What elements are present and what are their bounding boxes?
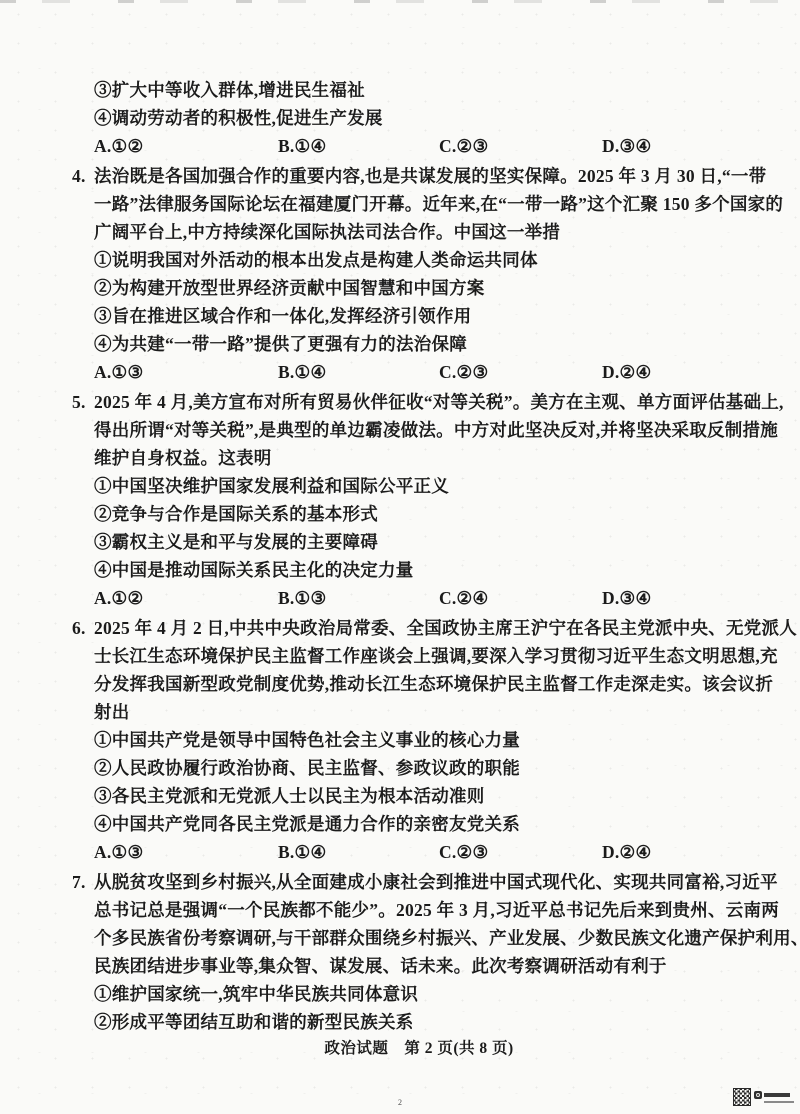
stem-line: 6.2025 年 4 月 2 日,中共中央政治局常委、全国政协主席王沪宁在各民主… — [72, 614, 744, 642]
stem-line: 民族团结进步事业等,集众智、谋发展、话未来。此次考察调研活动有利于 — [94, 952, 744, 980]
statement-line: ④中国共产党同各民主党派是通力合作的亲密友党关系 — [94, 810, 744, 838]
statement-line: ③各民主党派和无党派人士以民主为根本活动准则 — [94, 782, 744, 810]
option-d: D.②④ — [602, 358, 744, 386]
option-c: C.②③ — [439, 132, 602, 160]
question-7-partial: 7.从脱贫攻坚到乡村振兴,从全面建成小康社会到推进中国式现代化、实现共同富裕,习… — [94, 868, 744, 1036]
statement-line: ②竞争与合作是国际关系的基本形式 — [94, 500, 744, 528]
statement-line: ①说明我国对外活动的根本出发点是构建人类命运共同体 — [94, 246, 744, 274]
watermark-label — [754, 1091, 794, 1104]
options-row: A.①② B.①③ C.②④ D.③④ — [94, 584, 744, 612]
statement-line: ③旨在推进区域合作和一体化,发挥经济引领作用 — [94, 302, 744, 330]
publisher-logo-icon — [754, 1091, 762, 1099]
option-b: B.①④ — [278, 132, 439, 160]
stem-line: 个多民族省份考察调研,与干部群众围绕乡村振兴、产业发展、少数民族文化遗产保护利用… — [94, 924, 744, 952]
statement-line: ①中国坚决维护国家发展利益和国际公平正义 — [94, 472, 744, 500]
options-row: A.①③ B.①④ C.②③ D.②④ — [94, 358, 744, 386]
question-number: 4. — [72, 162, 94, 190]
page-footer: 政治试题 第 2 页(共 8 页) — [94, 1038, 744, 1060]
exam-page-content: ③扩大中等收入群体,增进民生福祉 ④调动劳动者的积极性,促进生产发展 A.①② … — [0, 0, 800, 1060]
statement-line: ④中国是推动国际关系民主化的决定力量 — [94, 556, 744, 584]
options-row: A.①③ B.①④ C.②③ D.②④ — [94, 838, 744, 866]
stem-line: 总书记总是强调“一个民族都不能少”。2025 年 3 月,习近平总书记先后来到贵… — [94, 896, 744, 924]
publisher-watermark — [733, 1088, 794, 1106]
stem-line: 士长江生态环境保护民主监督工作座谈会上强调,要深入学习贯彻习近平生态文明思想,充 — [94, 642, 744, 670]
options-row: A.①② B.①④ C.②③ D.③④ — [94, 132, 744, 160]
option-c: C.②③ — [439, 838, 602, 866]
statement-line: ①中国共产党是领导中国特色社会主义事业的核心力量 — [94, 726, 744, 754]
stem-text: 2025 年 4 月 2 日,中共中央政治局常委、全国政协主席王沪宁在各民主党派… — [94, 618, 797, 638]
option-c: C.②③ — [439, 358, 602, 386]
statement-line: ③霸权主义是和平与发展的主要障碍 — [94, 528, 744, 556]
option-d: D.②④ — [602, 838, 744, 866]
statement-line: ②形成平等团结互助和谐的新型民族关系 — [94, 1008, 744, 1036]
question-number: 7. — [72, 868, 94, 896]
option-d: D.③④ — [602, 584, 744, 612]
stem-line: 7.从脱贫攻坚到乡村振兴,从全面建成小康社会到推进中国式现代化、实现共同富裕,习… — [72, 868, 744, 896]
option-a: A.①③ — [94, 358, 278, 386]
statement-line: ①维护国家统一,筑牢中华民族共同体意识 — [94, 980, 744, 1008]
question-5: 5.2025 年 4 月,美方宣布对所有贸易伙伴征收“对等关税”。美方在主观、单… — [94, 388, 744, 612]
option-b: B.①③ — [278, 584, 439, 612]
watermark-text-bar — [764, 1093, 790, 1097]
stem-line: 广阔平台上,中方持续深化国际执法司法合作。中国这一举措 — [94, 218, 744, 246]
option-a: A.①③ — [94, 838, 278, 866]
stem-text: 从脱贫攻坚到乡村振兴,从全面建成小康社会到推进中国式现代化、实现共同富裕,习近平 — [94, 872, 778, 892]
statement-line: ③扩大中等收入群体,增进民生福祉 — [94, 76, 744, 104]
stem-line: 得出所谓“对等关税”,是典型的单边霸凌做法。中方对此坚决反对,并将坚决采取反制措… — [94, 416, 744, 444]
statement-line: ④为共建“一带一路”提供了更强有力的法治保障 — [94, 330, 744, 358]
option-b: B.①④ — [278, 838, 439, 866]
option-c: C.②④ — [439, 584, 602, 612]
question-4: 4.法治既是各国加强合作的重要内容,也是共谋发展的坚实保障。2025 年 3 月… — [94, 162, 744, 386]
sheet-number: 2 — [398, 1098, 402, 1107]
stem-text: 2025 年 4 月,美方宣布对所有贸易伙伴征收“对等关税”。美方在主观、单方面… — [94, 392, 784, 412]
stem-line: 维护自身权益。这表明 — [94, 444, 744, 472]
statement-line: ②人民政协履行政治协商、民主监督、参政议政的职能 — [94, 754, 744, 782]
statement-line: ②为构建开放型世界经济贡献中国智慧和中国方案 — [94, 274, 744, 302]
stem-text: 法治既是各国加强合作的重要内容,也是共谋发展的坚实保障。2025 年 3 月 3… — [94, 166, 766, 186]
option-d: D.③④ — [602, 132, 744, 160]
question-3-partial: ③扩大中等收入群体,增进民生福祉 ④调动劳动者的积极性,促进生产发展 A.①② … — [94, 76, 744, 160]
question-6: 6.2025 年 4 月 2 日,中共中央政治局常委、全国政协主席王沪宁在各民主… — [94, 614, 744, 866]
stem-line: 4.法治既是各国加强合作的重要内容,也是共谋发展的坚实保障。2025 年 3 月… — [72, 162, 744, 190]
option-b: B.①④ — [278, 358, 439, 386]
option-a: A.①② — [94, 584, 278, 612]
stem-line: 一路”法律服务国际论坛在福建厦门开幕。近年来,在“一带一路”这个汇聚 150 多… — [94, 190, 744, 218]
statement-line: ④调动劳动者的积极性,促进生产发展 — [94, 104, 744, 132]
stem-line: 5.2025 年 4 月,美方宣布对所有贸易伙伴征收“对等关税”。美方在主观、单… — [72, 388, 744, 416]
option-a: A.①② — [94, 132, 278, 160]
qr-code-icon — [733, 1088, 751, 1106]
watermark-subtext-bar — [764, 1101, 794, 1104]
question-number: 5. — [72, 388, 94, 416]
question-number: 6. — [72, 614, 94, 642]
stem-line: 分发挥我国新型政党制度优势,推动长江生态环境保护民主监督工作走深走实。该会议折 — [94, 670, 744, 698]
stem-line: 射出 — [94, 698, 744, 726]
